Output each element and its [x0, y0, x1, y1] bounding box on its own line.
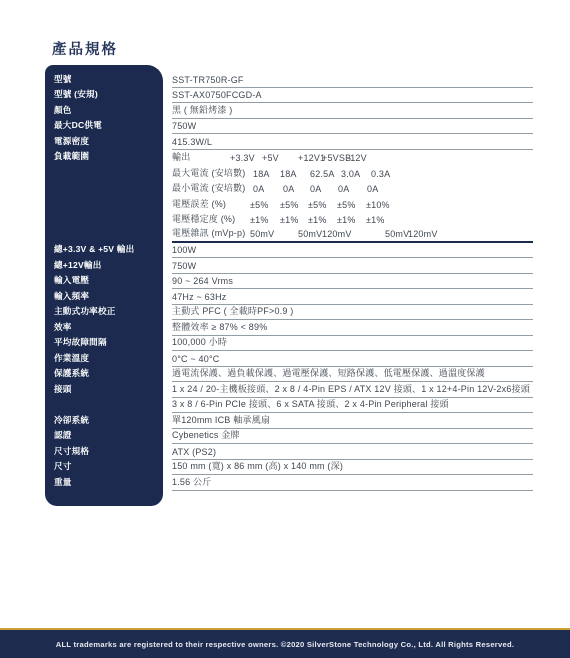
- spec-label: 效率: [45, 321, 163, 336]
- spec-row-connectors-line2: 3 x 8 / 6-Pin PCIe 接頭、6 x SATA 接頭、2 x 4-…: [45, 398, 533, 414]
- spec-row-operating-temp: 作業溫度 0°C ~ 40°C: [45, 351, 533, 367]
- spec-value: 1 x 24 / 20-主機板接頭、2 x 8 / 4-Pin EPS / AT…: [172, 382, 533, 398]
- spec-row-input-voltage: 輸入電壓 90 ~ 264 Vrms: [45, 274, 533, 290]
- spec-sheet-page: { "page": { "title": "產品規格", "footer": "…: [0, 0, 570, 658]
- spec-label: 顏色: [45, 104, 163, 119]
- spec-row-weight: 重量 1.56 公斤: [45, 475, 533, 491]
- load-table-row-min-current: 最小電流 (安培數)0A0A0A0A0A: [45, 181, 533, 197]
- spec-value: 過電流保護、過負載保護、過電壓保護、短路保護、低電壓保護、過溫度保護: [172, 366, 533, 382]
- spec-value: 整體效率 ≥ 87% < 89%: [172, 320, 533, 336]
- spec-label: 作業溫度: [45, 352, 163, 367]
- spec-label: 輸入電壓: [45, 274, 163, 289]
- page-title: 產品規格: [52, 38, 118, 59]
- spec-label: 負載範圍: [45, 150, 163, 165]
- load-table-row: 最小電流 (安培數)0A0A0A0A0A: [172, 181, 533, 196]
- spec-label: 尺寸規格: [45, 445, 163, 460]
- spec-value: 47Hz ~ 63Hz: [172, 292, 533, 305]
- spec-row-protection: 保護系統 過電流保護、過負載保護、過電壓保護、短路保護、低電壓保護、過溫度保護: [45, 367, 533, 383]
- spec-value: 0°C ~ 40°C: [172, 354, 533, 367]
- spec-label: 平均故障間隔: [45, 336, 163, 351]
- load-table-row: 電壓誤差 (%)±5%±5%±5%±5%±10%: [172, 197, 533, 212]
- spec-value: ATX (PS2): [172, 447, 533, 460]
- spec-row-total-33-5v: 總+3.3V & +5V 輸出 100W: [45, 243, 533, 259]
- spec-row-model: 型號 SST-TR750R-GF: [45, 72, 533, 88]
- spec-row-total-12v: 總+12V輸出 750W: [45, 258, 533, 274]
- spec-value: 黑 ( 無鉛烤漆 ): [172, 103, 533, 119]
- load-table-row-ripple-noise: 電壓雜訊 (mVp-p)50mV50mV120mV50mV120mV: [45, 227, 533, 243]
- spec-rows: 型號 SST-TR750R-GF 型號 (安規) SST-AX0750FCGD-…: [45, 65, 533, 491]
- spec-value: 主動式 PFC ( 全載時PF>0.9 ): [172, 304, 533, 320]
- spec-table: 型號 SST-TR750R-GF 型號 (安規) SST-AX0750FCGD-…: [45, 65, 533, 491]
- spec-value: 750W: [172, 121, 533, 134]
- spec-row-model-safety: 型號 (安規) SST-AX0750FCGD-A: [45, 88, 533, 104]
- spec-row-certification: 認證 Cybenetics 金牌: [45, 429, 533, 445]
- spec-value: 90 ~ 264 Vrms: [172, 276, 533, 289]
- footer-copyright-text: ALL trademarks are registered to their r…: [56, 640, 514, 649]
- load-table-header-row: 負載範圍 輸出+3.3V+5V+12V1+5VSB-12V: [45, 150, 533, 166]
- spec-row-form-factor: 尺寸規格 ATX (PS2): [45, 444, 533, 460]
- spec-row-input-frequency: 輸入頻率 47Hz ~ 63Hz: [45, 289, 533, 305]
- spec-row-pfc: 主動式功率校正 主動式 PFC ( 全載時PF>0.9 ): [45, 305, 533, 321]
- spec-value: SST-TR750R-GF: [172, 75, 533, 88]
- spec-row-color: 顏色 黑 ( 無鉛烤漆 ): [45, 103, 533, 119]
- load-table-row-voltage-tolerance: 電壓誤差 (%)±5%±5%±5%±5%±10%: [45, 196, 533, 212]
- spec-row-dimensions: 尺寸 150 mm (寬) x 86 mm (高) x 140 mm (深): [45, 460, 533, 476]
- spec-row-mtbf: 平均故障間隔 100,000 小時: [45, 336, 533, 352]
- spec-value: SST-AX0750FCGD-A: [172, 90, 533, 103]
- load-table-row-max-current: 最大電流 (安培數)18A18A62.5A3.0A0.3A: [45, 165, 533, 181]
- spec-value: Cybenetics 金牌: [172, 428, 533, 444]
- spec-label: 認證: [45, 429, 163, 444]
- spec-value: 1.56 公斤: [172, 475, 533, 491]
- spec-label: 總+3.3V & +5V 輸出: [45, 243, 163, 258]
- spec-label: 輸入頻率: [45, 290, 163, 305]
- spec-label: 接頭: [45, 383, 163, 398]
- spec-label: 尺寸: [45, 460, 163, 475]
- spec-value: 415.3W/L: [172, 137, 533, 150]
- spec-value: 750W: [172, 261, 533, 274]
- spec-row-cooling: 冷卻系統 單120mm ICB 軸承風扇: [45, 413, 533, 429]
- spec-label: 電源密度: [45, 135, 163, 150]
- spec-label: 保護系統: [45, 367, 163, 382]
- load-table-header: 輸出+3.3V+5V+12V1+5VSB-12V: [172, 150, 533, 165]
- spec-label: 重量: [45, 476, 163, 491]
- spec-label: 總+12V輸出: [45, 259, 163, 274]
- spec-row-connectors-line1: 接頭 1 x 24 / 20-主機板接頭、2 x 8 / 4-Pin EPS /…: [45, 382, 533, 398]
- spec-label: 冷卻系統: [45, 414, 163, 429]
- spec-label: 型號 (安規): [45, 88, 163, 103]
- spec-value: 100W: [172, 245, 533, 258]
- spec-label: 最大DC供電: [45, 119, 163, 134]
- spec-row-efficiency: 效率 整體效率 ≥ 87% < 89%: [45, 320, 533, 336]
- spec-row-power-density: 電源密度 415.3W/L: [45, 134, 533, 150]
- load-table-row: 電壓雜訊 (mVp-p)50mV50mV120mV50mV120mV: [172, 226, 533, 243]
- spec-value: 單120mm ICB 軸承風扇: [172, 413, 533, 429]
- spec-value: 100,000 小時: [172, 335, 533, 351]
- spec-value: 150 mm (寬) x 86 mm (高) x 140 mm (深): [172, 459, 533, 475]
- footer-bar: ALL trademarks are registered to their r…: [0, 630, 570, 658]
- load-table-row: 最大電流 (安培數)18A18A62.5A3.0A0.3A: [172, 166, 533, 181]
- spec-label: 主動式功率校正: [45, 305, 163, 320]
- spec-row-max-dc: 最大DC供電 750W: [45, 119, 533, 135]
- spec-label: 型號: [45, 73, 163, 88]
- spec-value: 3 x 8 / 6-Pin PCIe 接頭、6 x SATA 接頭、2 x 4-…: [172, 397, 533, 413]
